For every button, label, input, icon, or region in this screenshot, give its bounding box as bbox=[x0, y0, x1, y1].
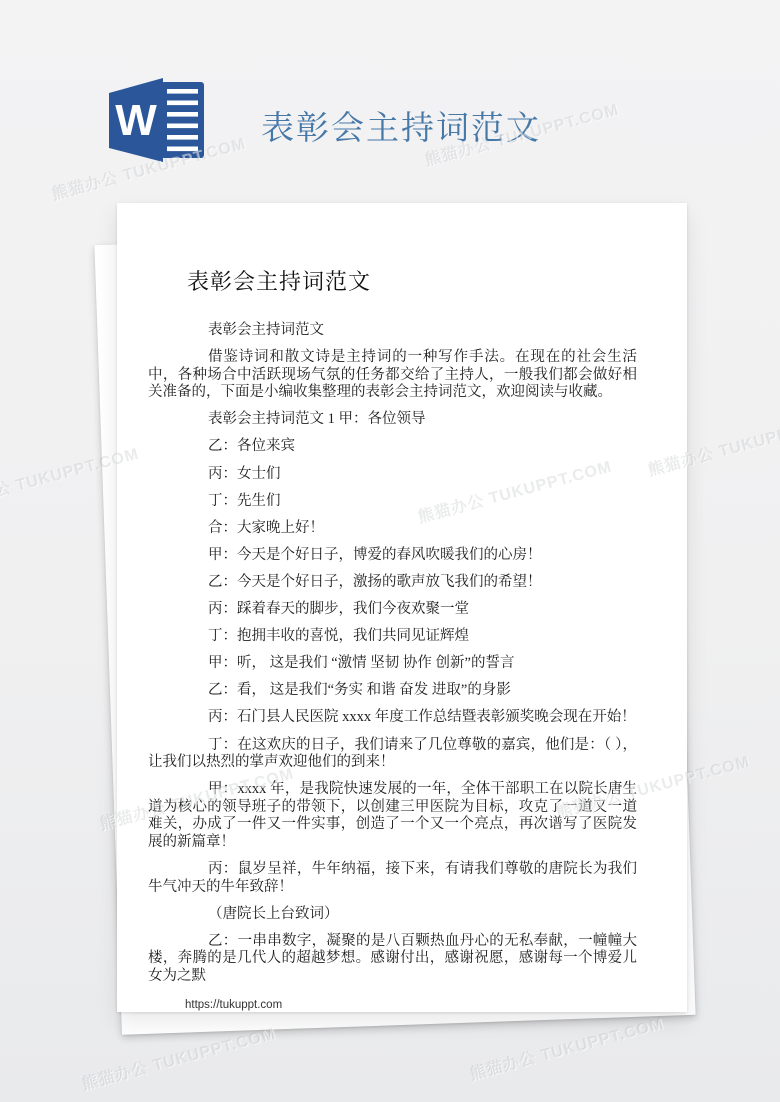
document-paragraph: 甲：听， 这是我们 “激情 坚韧 协作 创新”的誓言 bbox=[148, 655, 637, 673]
document-preview-canvas: W 表彰会主持词范文 表彰会主持词范文 表彰会主持词范文借鉴诗词和散文诗是主持词… bbox=[0, 0, 780, 1102]
document-paragraph: 借鉴诗词和散文诗是主持词的一种写作手法。在现在的社会生活中，各种场合中活跃现场气… bbox=[148, 349, 637, 402]
document-paragraph: 乙：一串串数字，凝聚的是八百颗热血丹心的无私奉献，一幢幢大楼，奔腾的是几代人的超… bbox=[148, 933, 637, 986]
document-heading: 表彰会主持词范文 bbox=[187, 269, 637, 295]
document-paragraph: 丙：女士们 bbox=[148, 466, 637, 484]
document-paragraph: 乙：各位来宾 bbox=[148, 438, 637, 456]
document-paragraph: 丙：石门县人民医院 xxxx 年度工作总结暨表彰颁奖晚会现在开始！ bbox=[148, 709, 637, 727]
document-paragraph: 丙：鼠岁呈祥，牛年纳福，接下来，有请我们尊敬的唐院长为我们牛气冲天的牛年致辞！ bbox=[148, 861, 637, 896]
document-page: 表彰会主持词范文 表彰会主持词范文借鉴诗词和散文诗是主持词的一种写作手法。在现在… bbox=[117, 203, 687, 1012]
document-paragraph: 乙：看， 这是我们“务实 和谐 奋发 进取”的身影 bbox=[148, 682, 637, 700]
watermark-text: 熊猫办公 TUKUPPT.COM bbox=[467, 1011, 666, 1085]
word-icon-letter: W bbox=[115, 96, 157, 145]
document-paragraph: 甲：xxxx 年，是我院快速发展的一年，全体干部职工在以院长唐生道为核心的领导班… bbox=[148, 781, 637, 851]
document-paragraph: 乙：今天是个好日子，激扬的歌声放飞我们的希望！ bbox=[148, 574, 637, 592]
document-body: 表彰会主持词范文借鉴诗词和散文诗是主持词的一种写作手法。在现在的社会生活中，各种… bbox=[148, 322, 637, 986]
document-paragraph: 丁：抱拥丰收的喜悦，我们共同见证辉煌 bbox=[148, 628, 637, 646]
document-paragraph: 合：大家晚上好！ bbox=[148, 520, 637, 538]
footer-url-link[interactable]: https://tukuppt.com bbox=[185, 998, 282, 1012]
document-paragraph: 甲：今天是个好日子，博爱的春风吹暖我们的心房！ bbox=[148, 547, 637, 565]
document-paragraph: 表彰会主持词范文 1 甲：各位领导 bbox=[148, 411, 637, 429]
word-icon: W bbox=[105, 72, 205, 167]
document-paragraph: 表彰会主持词范文 bbox=[148, 322, 637, 340]
document-paragraph: （唐院长上台致词） bbox=[148, 906, 637, 924]
document-paragraph: 丁：在这欢庆的日子，我们请来了几位尊敬的嘉宾，他们是：（ ），让我们以热烈的掌声… bbox=[148, 737, 637, 772]
document-paragraph: 丁：先生们 bbox=[148, 493, 637, 511]
page-title: 表彰会主持词范文 bbox=[261, 102, 541, 149]
document-paragraph: 丙：踩着春天的脚步，我们今夜欢聚一堂 bbox=[148, 601, 637, 619]
